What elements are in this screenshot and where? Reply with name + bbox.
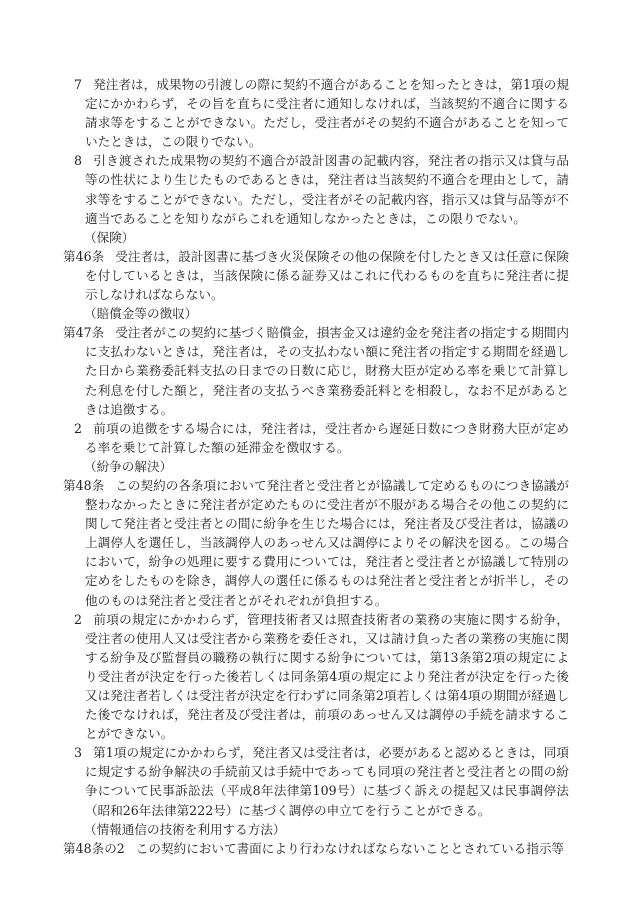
paragraph-number: 8 bbox=[74, 153, 82, 168]
clause-paragraph-8: 8引き渡された成果物の契約不適合が設計図書の記載内容，発注者の指示又は貸与品等の… bbox=[74, 151, 569, 227]
article-text: 受注者がこの契約に基づく賠償金，損害金又は違約金を発注者の指定する期間内に支払わ… bbox=[85, 325, 569, 416]
article-48-2: 第48条の2この契約において書面により行わなければならないこととされている指示等 bbox=[63, 839, 569, 858]
section-heading-information-technology: （情報通信の技術を利用する方法） bbox=[84, 820, 569, 839]
clause-paragraph-7: 7発注者は，成果物の引渡しの際に契約不適合があることを知ったときは，第1項の規定… bbox=[74, 75, 569, 151]
article-48-paragraph-2: 2前項の規定にかかわらず，管理技術者又は照査技術者の業務の実施に関する紛争，受注… bbox=[74, 610, 569, 744]
paragraph-number: 7 bbox=[74, 77, 82, 92]
contract-document-page: 7発注者は，成果物の引渡しの際に契約不適合があることを知ったときは，第1項の規定… bbox=[63, 75, 569, 858]
paragraph-text: 第1項の規定にかかわらず，発注者又は受注者は，必要があると認めるときは，同項に規… bbox=[85, 745, 569, 817]
section-heading-compensation-collection: （賠償金等の徴収） bbox=[84, 304, 569, 323]
article-46: 第46条受注者は，設計図書に基づき火災保険その他の保険を付したとき又は任意に保険… bbox=[63, 247, 569, 304]
article-number: 第46条 bbox=[63, 249, 104, 264]
article-number: 第48条 bbox=[63, 478, 104, 493]
article-number: 第48条の2 bbox=[63, 841, 125, 856]
article-48-paragraph-3: 3第1項の規定にかかわらず，発注者又は受注者は，必要があると認めるときは，同項に… bbox=[74, 743, 569, 819]
paragraph-text: 前項の追徴をする場合には，発注者は，受注者から遅延日数につき財務大臣が定める率を… bbox=[85, 421, 569, 455]
paragraph-number: 2 bbox=[74, 421, 82, 436]
article-number: 第47条 bbox=[63, 325, 104, 340]
section-heading-dispute-resolution: （紛争の解決） bbox=[84, 457, 569, 476]
article-47-paragraph-2: 2前項の追徴をする場合には，発注者は，受注者から遅延日数につき財務大臣が定める率… bbox=[74, 419, 569, 457]
paragraph-number: 3 bbox=[74, 745, 82, 760]
article-text: 受注者は，設計図書に基づき火災保険その他の保険を付したとき又は任意に保険を付して… bbox=[85, 249, 569, 302]
paragraph-text: 発注者は，成果物の引渡しの際に契約不適合があることを知ったときは，第1項の規定に… bbox=[85, 77, 569, 149]
paragraph-text: 引き渡された成果物の契約不適合が設計図書の記載内容，発注者の指示又は貸与品等の性… bbox=[85, 153, 569, 225]
article-text: この契約の各条項において発注者と受注者とが協議して定めるものにつき協議が整わなか… bbox=[85, 478, 569, 608]
article-48: 第48条この契約の各条項において発注者と受注者とが協議して定めるものにつき協議が… bbox=[63, 476, 569, 610]
paragraph-number: 2 bbox=[74, 612, 82, 627]
section-heading-insurance: （保険） bbox=[84, 228, 569, 247]
paragraph-text: 前項の規定にかかわらず，管理技術者又は照査技術者の業務の実施に関する紛争，受注者… bbox=[85, 612, 569, 742]
article-text: この契約において書面により行わなければならないこととされている指示等 bbox=[136, 841, 564, 856]
article-47: 第47条受注者がこの契約に基づく賠償金，損害金又は違約金を発注者の指定する期間内… bbox=[63, 323, 569, 418]
